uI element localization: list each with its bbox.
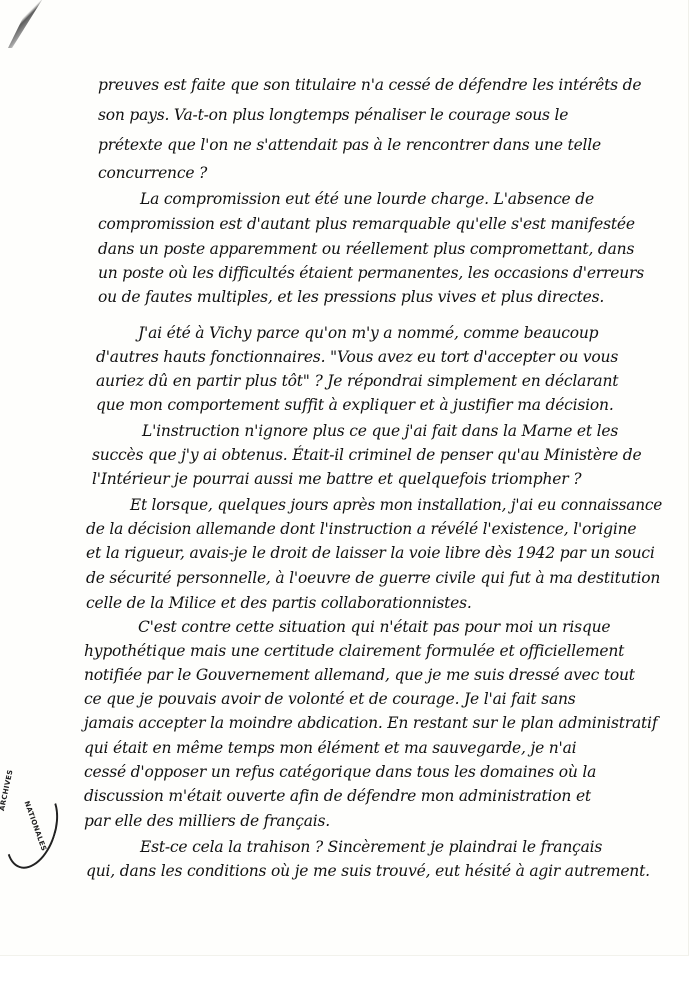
text-line: concurrence ? — [98, 164, 207, 182]
text-line: qui était en même temps mon élément et m… — [84, 739, 576, 757]
text-line: La compromission eut été une lourde char… — [140, 190, 594, 208]
text-line: l'Intérieur je pourrai aussi me battre e… — [92, 470, 581, 488]
text-line: hypothétique mais une certitude claireme… — [84, 642, 624, 660]
text-line: d'autres hauts fonctionnaires. "Vous ave… — [96, 348, 618, 366]
text-line: J'ai été à Vichy parce qu'on m'y a nommé… — [138, 324, 598, 342]
text-line: L'instruction n'ignore plus ce que j'ai … — [142, 422, 618, 440]
text-line: auriez dû en partir plus tôt" ? Je répon… — [96, 372, 618, 390]
text-line: succès que j'y ai obtenus. Était-il crim… — [92, 446, 641, 464]
text-line: cessé d'opposer un refus catégorique dan… — [84, 763, 596, 781]
text-line: un poste où les difficultés étaient perm… — [98, 264, 644, 282]
text-line: celle de la Milice et des partis collabo… — [86, 594, 472, 612]
text-line: C'est contre cette situation qui n'était… — [138, 618, 610, 636]
text-line: que mon comportement suffit à expliquer … — [96, 396, 614, 414]
text-line: de la décision allemande dont l'instruct… — [86, 520, 636, 538]
text-line: discussion m'était ouverte afin de défen… — [84, 787, 591, 805]
letter-page: preuves est faite que son titulaire n'a … — [0, 0, 689, 956]
text-line: son pays. Va-t-on plus longtemps pénalis… — [98, 106, 568, 124]
text-line: Est-ce cela la trahison ? Sincèrement je… — [140, 838, 602, 856]
text-line: compromission est d'autant plus remarqua… — [98, 215, 635, 233]
text-line: preuves est faite que son titulaire n'a … — [98, 76, 641, 94]
text-line: prétexte que l'on ne s'attendait pas à l… — [98, 136, 601, 154]
text-line: par elle des milliers de français. — [84, 812, 330, 830]
page-corner-shadow — [8, 0, 42, 48]
text-line: jamais accepter la moindre abdication. E… — [84, 714, 657, 732]
text-line: Et lorsque, quelques jours après mon ins… — [130, 496, 662, 514]
text-line: notifiée par le Gouvernement allemand, q… — [84, 666, 635, 684]
text-line: qui, dans les conditions où je me suis t… — [86, 862, 650, 880]
text-line: dans un poste apparemment ou réellement … — [98, 240, 634, 258]
text-line: ou de fautes multiples, et les pressions… — [98, 288, 604, 306]
text-line: de sécurité personnelle, à l'oeuvre de g… — [86, 569, 660, 587]
stamp-text-archives: ARCHIVES — [0, 769, 15, 812]
text-line: et la rigueur, avais-je le droit de lais… — [86, 544, 655, 562]
text-line: ce que je pouvais avoir de volonté et de… — [84, 690, 576, 708]
